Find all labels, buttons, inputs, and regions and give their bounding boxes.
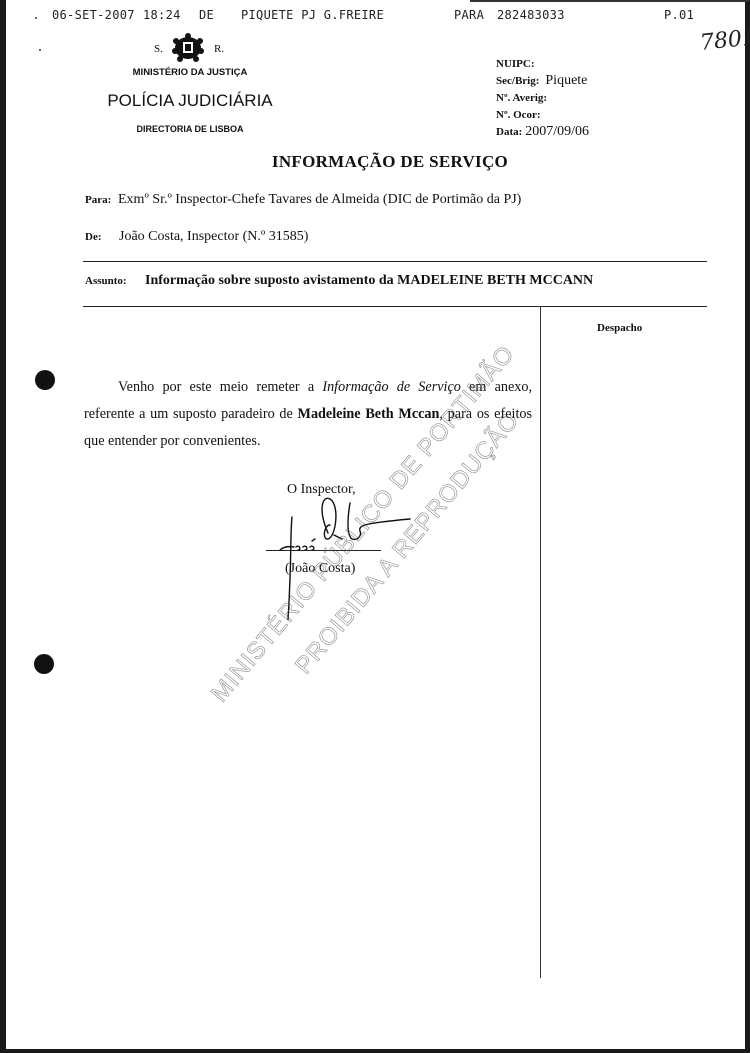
sender-value: João Costa, Inspector (N.º 31585) <box>119 229 308 244</box>
date-label: Data: <box>496 126 522 138</box>
scan-edge-top <box>470 0 750 2</box>
column-divider <box>540 306 541 978</box>
despacho-heading: Despacho <box>597 322 642 334</box>
fax-to-label: PARA <box>454 8 484 22</box>
fax-from-label: DE <box>199 8 214 22</box>
ocor-label: Nº. Ocor: <box>496 109 541 121</box>
handwritten-reference: 7801 <box>699 25 750 56</box>
fax-page: P.01 <box>664 8 694 22</box>
scan-edge-bottom <box>0 1049 750 1053</box>
coat-of-arms-icon <box>172 33 204 63</box>
sec-brig-label: Sec/Brig: <box>496 75 539 87</box>
subject-field: Assunto:Informação sobre suposto avistam… <box>85 271 593 289</box>
body-italic: Informação de Serviço <box>322 379 461 395</box>
subject-label: Assunto: <box>85 275 145 287</box>
subject-value: Informação sobre suposto avistamento da … <box>145 273 593 288</box>
recipient-field: Para:Exmº Sr.º Inspector-Chefe Tavares d… <box>85 192 521 208</box>
sender-label: De: <box>85 231 119 243</box>
sender-field: De:João Costa, Inspector (N.º 31585) <box>85 229 308 245</box>
speck <box>39 49 41 51</box>
body-bold-name: Madeleine Beth Mccan <box>298 406 440 422</box>
fax-to-number: 282483033 <box>497 8 565 22</box>
sec-brig-value: Piquete <box>545 73 587 88</box>
averig-label: Nº. Averig: <box>496 92 547 104</box>
case-metadata: NUIPC: Sec/Brig: Piquete Nº. Averig: Nº.… <box>496 55 589 140</box>
document-title: INFORMAÇÃO DE SERVIÇO <box>0 152 750 172</box>
body-text-1: Venho por este meio remeter a <box>118 379 322 395</box>
recipient-value: Exmº Sr.º Inspector-Chefe Tavares de Alm… <box>118 192 521 207</box>
seal-right-letter: R. <box>214 43 224 55</box>
directorate-name: DIRECTORIA DE LISBOA <box>90 124 290 134</box>
ministry-name: MINISTÉRIO DA JUSTIÇA <box>90 67 290 78</box>
fax-from: PIQUETE PJ G.FREIRE <box>241 8 384 22</box>
fax-date: 06-SET-2007 <box>52 8 135 22</box>
recipient-label: Para: <box>85 194 118 206</box>
police-name: POLÍCIA JUDICIÁRIA <box>80 91 300 111</box>
divider <box>83 261 707 262</box>
nuipc-label: NUIPC: <box>496 58 535 70</box>
divider <box>83 306 707 307</box>
seal-left-letter: S. <box>154 43 163 55</box>
fax-time: 18:24 <box>143 8 181 22</box>
punch-hole <box>35 370 55 390</box>
seal: S. R. <box>150 33 230 63</box>
speck <box>35 17 37 19</box>
punch-hole <box>34 654 54 674</box>
date-value: 2007/09/06 <box>525 124 589 139</box>
